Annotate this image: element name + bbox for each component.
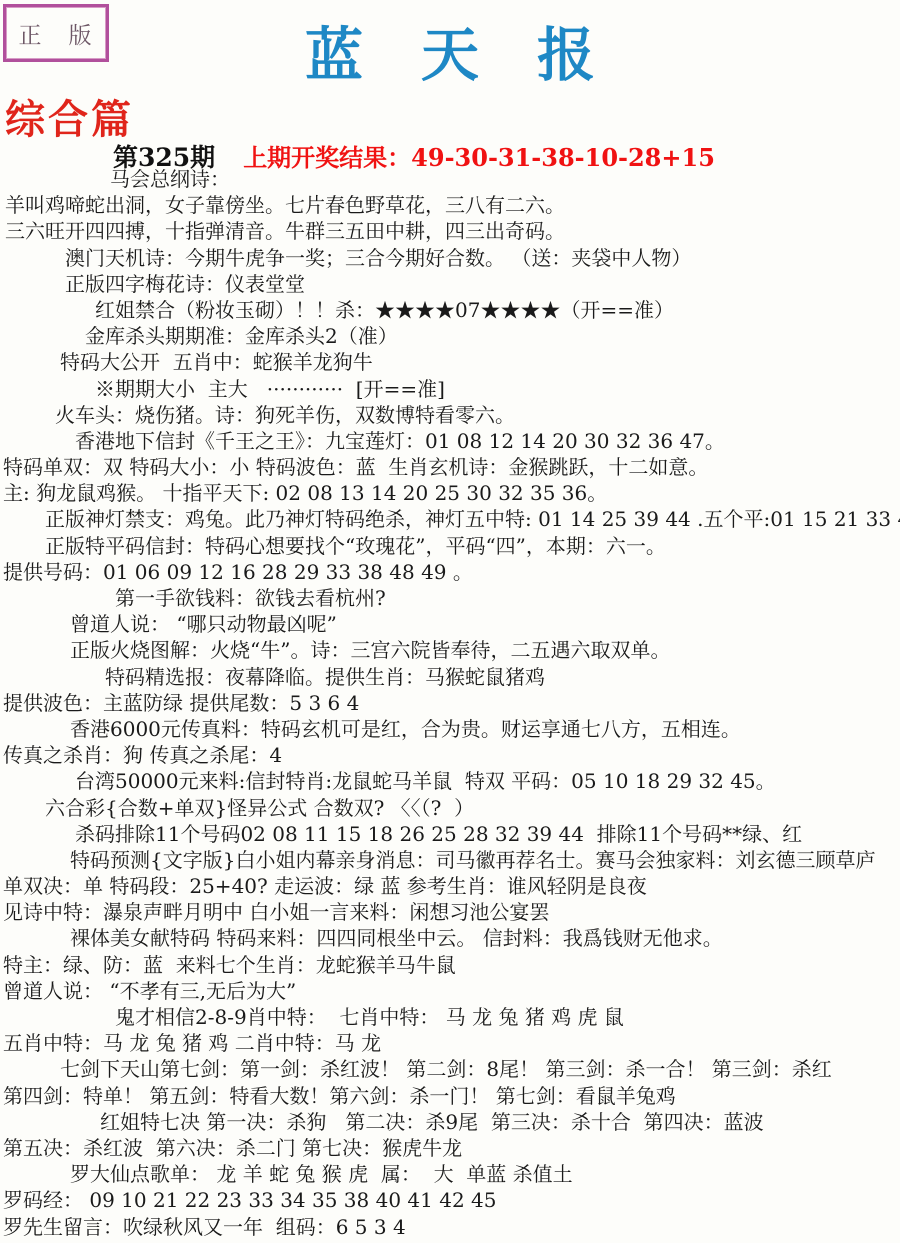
text-line: 特码精选报：夜幕降临。提供生肖：马猴蛇鼠猪鸡 [0,664,900,690]
page-title: 蓝天报 [0,8,900,92]
text-line: 六合彩{合数+单双}怪异公式 合数双? 〈〈（? ） [0,795,900,821]
text-line: 特码单双：双 特码大小：小 特码波色：蓝 生肖玄机诗：金猴跳跃，十二如意。 [0,454,900,480]
text-line: 特主：绿、防：蓝 来料七个生肖：龙蛇猴羊马牛鼠 [0,952,900,978]
text-line: 火车头：烧伤猪。诗：狗死羊伤，双数博特看零六。 [0,402,900,428]
text-line: 澳门天机诗：今期牛虎争一奖；三合今期好合数。 （送：夹袋中人物） [0,245,900,271]
text-line: 第五决：杀红波 第六决：杀二门 第七决：猴虎牛龙 [0,1135,900,1161]
text-line: 传真之杀肖：狗 传真之杀尾：4 [0,742,900,768]
text-line: 单双决：单 特码段：25+40? 走运波：绿 蓝 参考生肖：谁风轻阴是良夜 [0,873,900,899]
text-line: 罗大仙点歌单： 龙 羊 蛇 兔 猴 虎 属： 大 单蓝 杀值土 [0,1161,900,1187]
text-line: 杀码排除11个号码02 08 11 15 18 26 25 28 32 39 4… [0,821,900,847]
text-line: 香港6000元传真料：特码玄机可是红，合为贵。财运享通七八方，五相连。 [0,716,900,742]
text-line: 正版特平码信封：特码心想要找个“玫瑰花”，平码“四”，本期：六一。 [0,533,900,559]
text-line: 罗码经： 09 10 21 22 23 33 34 35 38 40 41 42… [0,1187,900,1213]
content-lines: 马会总纲诗：羊叫鸡啼蛇出洞，女子靠傍坐。七片春色野草花，三八有二六。三六旺开四四… [0,166,900,1240]
text-line: 正版火烧图解：火烧“牛”。诗：三宫六院皆奉待，二五遇六取双单。 [0,637,900,663]
section-title: 综合篇 [5,88,134,145]
text-line: 三六旺开四四搏，十指弹清音。牛群三五田中耕，四三出奇码。 [0,218,900,244]
text-line: 主: 狗龙鼠鸡猴。 十指平天下: 02 08 13 14 20 25 30 32… [0,480,900,506]
text-line: 正版四字梅花诗：仪表堂堂 [0,271,900,297]
text-line: 羊叫鸡啼蛇出洞，女子靠傍坐。七片春色野草花，三八有二六。 [0,192,900,218]
newspaper-page: 正 版 蓝天报 综合篇 第325期 上期开奖结果：49-30-31-38-10-… [0,0,900,1243]
text-line: 香港地下信封《千王之王》：九宝莲灯：01 08 12 14 20 30 32 3… [0,428,900,454]
text-line: 七剑下天山第七剑：第一剑：杀红波！ 第二剑：8尾！ 第三剑：杀一合！ 第三剑：杀… [0,1056,900,1082]
text-line: 罗先生留言：吹绿秋风又一年 组码：6 5 3 4 [0,1214,900,1240]
text-line: 金库杀头期期准：金库杀头2（准） [0,323,900,349]
text-line: ※期期大小 主大 ············ [开==准] [0,376,900,402]
text-line: 第一手欲钱料：欲钱去看杭州? [0,585,900,611]
text-line: 特码预测{文字版}白小姐内幕亲身消息：司马徽再荐名士。赛马会独家料：刘玄德三顾草… [0,847,900,873]
text-line: 马会总纲诗： [0,166,900,192]
text-line: 红姐特七决 第一决：杀狗 第二决：杀9尾 第三决：杀十合 第四决：蓝波 [0,1109,900,1135]
text-line: 特码大公开 五肖中：蛇猴羊龙狗牛 [0,349,900,375]
text-line: 曾道人说： “哪只动物最凶呢” [0,611,900,637]
text-line: 五肖中特：马 龙 兔 猪 鸡 二肖中特：马 龙 [0,1030,900,1056]
text-line: 鬼才相信2-8-9肖中特： 七肖中特： 马 龙 兔 猪 鸡 虎 鼠 [0,1004,900,1030]
text-line: 见诗中特：瀑泉声畔月明中 白小姐一言来料：闲想习池公宴罢 [0,899,900,925]
text-line: 提供号码：01 06 09 12 16 28 29 33 38 48 49 。 [0,559,900,585]
text-line: 正版神灯禁支：鸡兔。此乃神灯特码绝杀，神灯五中特: 01 14 25 39 44… [0,506,900,532]
text-line: 第四剑：特单！ 第五剑：特看大数！第六剑：杀一门！ 第七剑：看鼠羊兔鸡 [0,1083,900,1109]
text-line: 红姐禁合（粉妆玉砌）！！杀：★★★★07★★★★（开==准） [0,297,900,323]
text-line: 台湾50000元来料:信封特肖:龙鼠蛇马羊鼠 特双 平码：05 10 18 29… [0,768,900,794]
text-line: 提供波色：主蓝防绿 提供尾数：5 3 6 4 [0,690,900,716]
text-line: 裸体美女献特码 特码来料：四四同根坐中云。 信封料：我爲钱财无他求。 [0,925,900,951]
text-line: 曾道人说： “不孝有三,无后为大” [0,978,900,1004]
